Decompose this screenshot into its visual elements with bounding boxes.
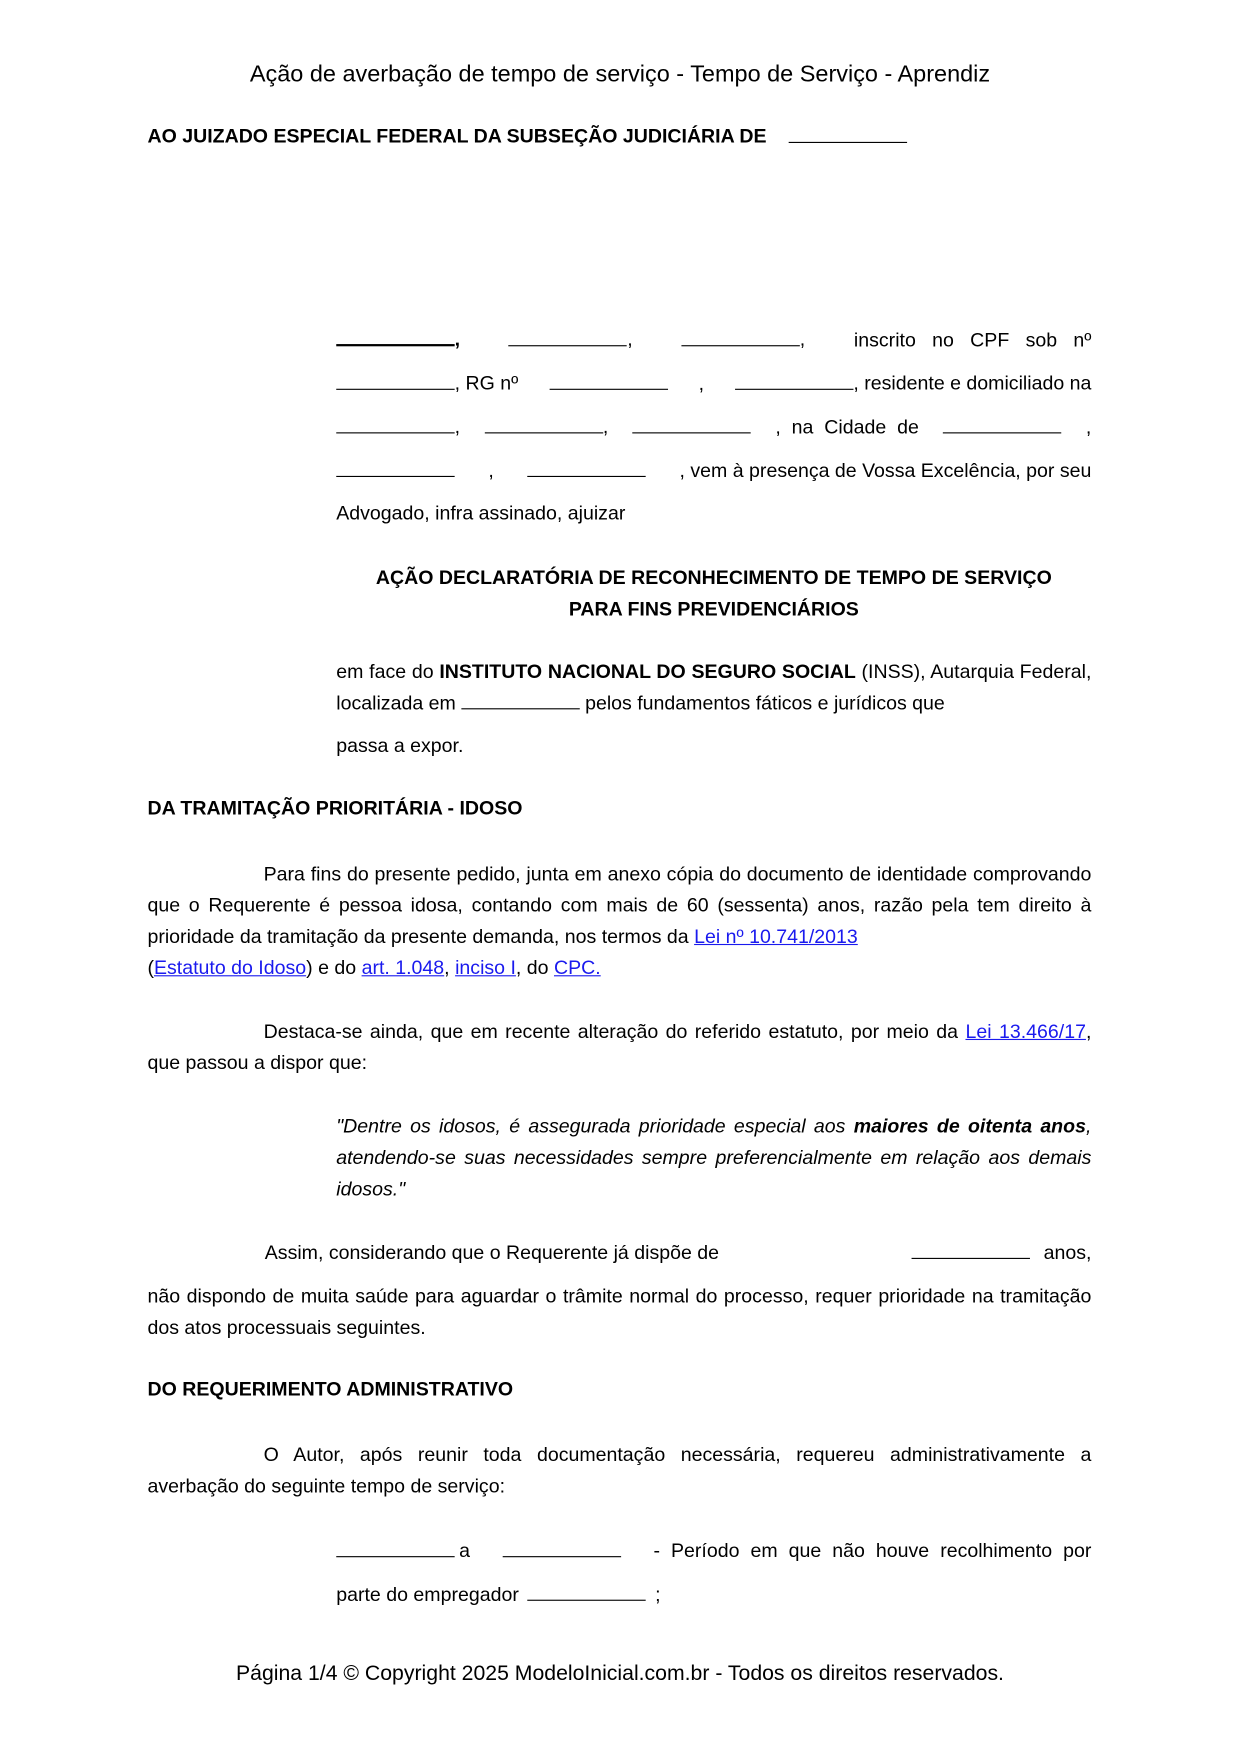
connector-text: , do [516,956,549,978]
blank-field-employer[interactable] [528,1580,646,1601]
action-title: AÇÃO DECLARATÓRIA DE RECONHECIMENTO DE T… [336,562,1091,625]
blank-field-state[interactable] [336,456,454,477]
defendant-name: INSTITUTO NACIONAL DO SEGURO SOCIAL [439,660,855,682]
connector-text: ) e do [306,956,356,978]
comma: , [444,956,449,978]
link-inciso-i[interactable]: inciso I [455,956,516,978]
defendant-grounds: pelos fundamentos fáticos e jurídicos qu… [585,691,945,713]
priority-paragraph-2: Destaca-se ainda, que em recente alteraç… [147,1015,1091,1078]
residence-label: , residente e domiciliado na [853,371,1091,393]
blank-field-issuer[interactable] [735,369,853,390]
blank-field-nationality[interactable] [509,325,627,346]
blank-field-cpf[interactable] [336,369,454,390]
quote-bold-text: maiores de oitenta anos [854,1115,1086,1137]
qualification-line-2: , RG nº , , residente e domiciliado na [336,369,1091,395]
link-lei-13466[interactable]: Lei 13.466/17 [965,1020,1085,1042]
separator: , [699,371,704,394]
city-label: , na Cidade de [775,415,918,438]
rg-label: , RG nº [455,371,519,393]
document-header-title: Ação de averbação de tempo de serviço - … [0,61,1240,88]
separator: , [1086,415,1091,438]
priority-paragraph-1: Para fins do presente pedido, junta em a… [147,858,1091,983]
separator: , [800,328,805,350]
blank-field-name[interactable] [336,324,454,346]
blank-field-district[interactable] [633,412,751,433]
qualification-line-4: , , vem à presença de Vossa Excelência, … [336,456,1091,482]
link-cpc[interactable]: CPC. [554,956,601,978]
period-line-1: a - Período em que não houve recolhiment… [336,1536,1091,1562]
defendant-last-line: passa a expor. [336,734,463,757]
separator: , [627,328,632,350]
qualification-line-1: , , , inscrito no CPF sob nº [336,324,1091,351]
section-heading-administrative: DO REQUERIMENTO ADMINISTRATIVO [147,1377,513,1400]
period-line-2: parte do empregador ; [336,1580,660,1606]
cpf-label: inscrito no CPF sob nº [854,328,1091,351]
presence-text: , vem à presença de Vossa Excelência, po… [680,459,1092,482]
blank-field-street[interactable] [336,412,454,433]
blank-field-rg[interactable] [549,369,667,390]
period-separator: a [459,1539,470,1562]
blank-field-period-start[interactable] [336,1536,454,1557]
quote-text-1: "Dentre os idosos, é assegurada priorida… [336,1115,845,1137]
qualification-line-5: Advogado, infra assinado, ajuizar [336,502,625,525]
addressee-line: AO JUIZADO ESPECIAL FEDERAL DA SUBSEÇÃO … [147,122,907,148]
period-description: - Período em que não houve recolhimento … [653,1539,1091,1562]
separator: , [603,415,608,437]
blank-field-zip[interactable] [527,456,645,477]
employer-label: parte do empregador [336,1582,519,1605]
defendant-paragraph: em face do INSTITUTO NACIONAL DO SEGURO … [336,656,1091,719]
link-lei-10741[interactable]: Lei nº 10.741/2013 [694,925,858,947]
section-heading-priority: DA TRAMITAÇÃO PRIORITÁRIA - IDOSO [147,796,522,819]
blank-field-marital-status[interactable] [681,325,799,346]
qualification-line-3: , , , na Cidade de , [336,412,1091,438]
age-unit: anos, [1044,1241,1092,1264]
blank-field-city[interactable] [943,412,1061,433]
statute-quote: "Dentre os idosos, é assegurada priorida… [336,1110,1091,1204]
link-estatuto-do-idoso[interactable]: Estatuto do Idoso [154,956,306,978]
blank-field-subsection[interactable] [789,122,907,143]
blank-field-inss-location[interactable] [461,689,579,710]
priority-paragraph-3-line-1: Assim, considerando que o Requerente já … [265,1238,1092,1264]
blank-field-age[interactable] [912,1238,1030,1259]
priority-p1-text: Para fins do presente pedido, junta em a… [147,862,1091,947]
separator: , [488,459,493,482]
separator: , [455,328,460,350]
blank-field-number[interactable] [484,412,602,433]
priority-p2-text: Destaca-se ainda, que em recente alteraç… [264,1020,958,1042]
page-footer: Página 1/4 © Copyright 2025 ModeloInicia… [0,1662,1240,1687]
defendant-prefix: em face do [336,660,433,682]
document-page: Ação de averbação de tempo de serviço - … [0,0,1240,1754]
separator: , [455,415,460,437]
action-title-line-1: AÇÃO DECLARATÓRIA DE RECONHECIMENTO DE T… [336,562,1091,593]
semicolon: ; [655,1582,660,1605]
priority-p3-start: Assim, considerando que o Requerente já … [265,1241,719,1264]
action-title-line-2: PARA FINS PREVIDENCIÁRIOS [336,593,1091,624]
blank-field-period-end[interactable] [503,1536,621,1557]
addressee-text: AO JUIZADO ESPECIAL FEDERAL DA SUBSEÇÃO … [147,125,766,147]
administrative-paragraph-1: O Autor, após reunir toda documentação n… [147,1439,1091,1502]
link-art-1048[interactable]: art. 1.048 [362,956,445,978]
priority-paragraph-3-rest: não dispondo de muita saúde para aguarda… [147,1280,1091,1343]
